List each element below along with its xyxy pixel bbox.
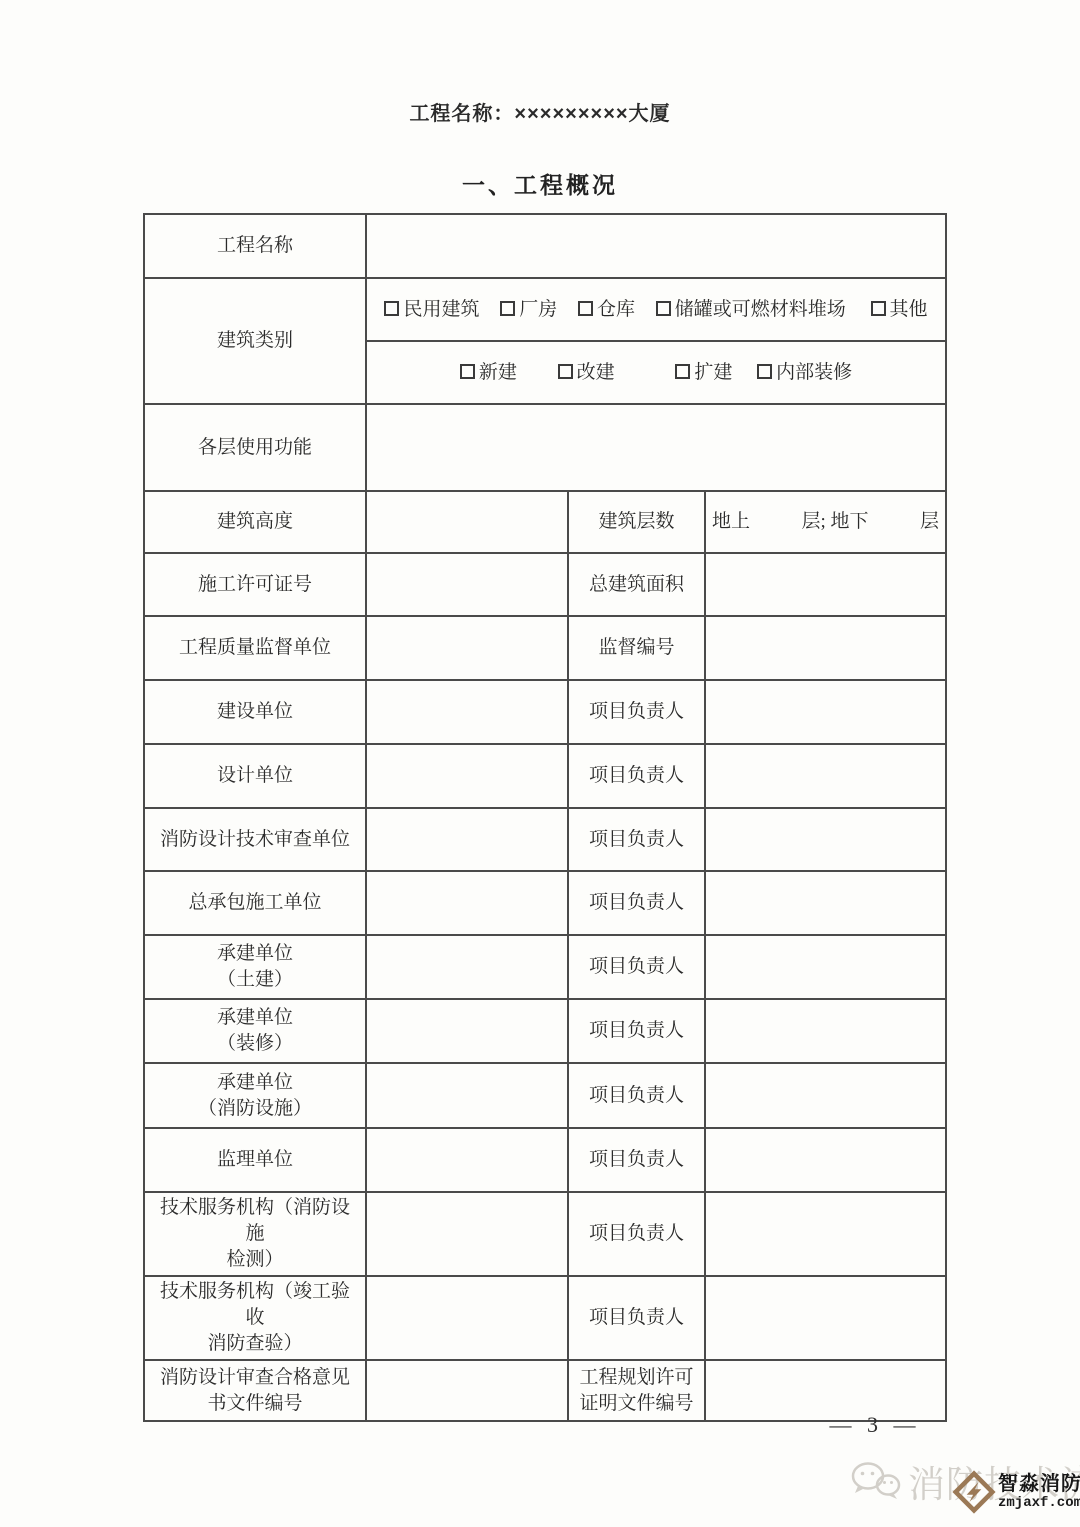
row-quality-supervision: 工程质量监督单位 监督编号 bbox=[144, 616, 946, 680]
checkbox-icon bbox=[675, 364, 690, 379]
value-fire-design-review bbox=[366, 808, 568, 871]
checkbox-option-new-build: 新建 bbox=[460, 360, 517, 386]
label-project-leader: 项目负责人 bbox=[568, 1276, 705, 1360]
checkbox-label: 改建 bbox=[577, 362, 615, 383]
label-line: 技术服务机构（消防设施 bbox=[151, 1195, 359, 1247]
checkbox-option-factory: 厂房 bbox=[500, 297, 557, 323]
checkbox-icon bbox=[460, 364, 475, 379]
label-construction-unit: 建设单位 bbox=[144, 680, 366, 744]
checkbox-label: 新建 bbox=[479, 362, 517, 383]
checkbox-option-other: 其他 bbox=[871, 297, 928, 323]
floors-above-ground-label: 地上 bbox=[712, 509, 750, 535]
value-total-floor-area bbox=[705, 553, 946, 616]
building-type-options: 民用建筑 厂房 仓库 储罐或可燃材料堆场 其他 bbox=[366, 278, 946, 341]
checkbox-option-reconstruction: 改建 bbox=[558, 360, 615, 386]
row-fire-design-review: 消防设计技术审查单位 项目负责人 bbox=[144, 808, 946, 871]
checkbox-icon bbox=[871, 301, 886, 316]
label-tech-service-acceptance: 技术服务机构（竣工验收 消防查验） bbox=[144, 1276, 366, 1360]
label-project-name: 工程名称 bbox=[144, 214, 366, 278]
label-building-floors: 建筑层数 bbox=[568, 491, 705, 553]
site-logo: 智淼消防 zmjaxf.com bbox=[952, 1468, 1080, 1516]
value-supervision-unit bbox=[366, 1128, 568, 1192]
value-contractor-fire-facilities bbox=[366, 1063, 568, 1128]
label-design-unit: 设计单位 bbox=[144, 744, 366, 808]
label-line: 消防设计审查合格意见 bbox=[151, 1365, 359, 1391]
value-floor-functions bbox=[366, 404, 946, 491]
row-general-contractor: 总承包施工单位 项目负责人 bbox=[144, 871, 946, 935]
checkbox-icon bbox=[500, 301, 515, 316]
checkbox-option-civil-building: 民用建筑 bbox=[384, 297, 479, 323]
label-total-floor-area: 总建筑面积 bbox=[568, 553, 705, 616]
row-building-category-type: 建筑类别 民用建筑 厂房 仓库 储罐或可燃材料堆场 其他 bbox=[144, 278, 946, 341]
label-project-leader: 项目负责人 bbox=[568, 871, 705, 935]
value-design-unit bbox=[366, 744, 568, 808]
label-line: 检测） bbox=[151, 1247, 359, 1273]
label-line: （消防设施） bbox=[151, 1096, 359, 1122]
value-contractor-civil bbox=[366, 935, 568, 999]
label-project-leader: 项目负责人 bbox=[568, 680, 705, 744]
row-design-unit: 设计单位 项目负责人 bbox=[144, 744, 946, 808]
label-construction-permit: 施工许可证号 bbox=[144, 553, 366, 616]
checkbox-icon bbox=[578, 301, 593, 316]
label-line: 承建单位 bbox=[151, 1070, 359, 1096]
label-line: （装修） bbox=[151, 1031, 359, 1057]
checkbox-icon bbox=[757, 364, 772, 379]
label-project-leader: 项目负责人 bbox=[568, 999, 705, 1063]
label-quality-supervision: 工程质量监督单位 bbox=[144, 616, 366, 680]
value-project-leader bbox=[705, 1192, 946, 1276]
checkbox-option-warehouse: 仓库 bbox=[578, 297, 635, 323]
label-line: 书文件编号 bbox=[151, 1391, 359, 1417]
value-fire-design-approval-doc bbox=[366, 1360, 568, 1421]
label-planning-permit-doc: 工程规划许可 证明文件编号 bbox=[568, 1360, 705, 1421]
value-project-leader bbox=[705, 744, 946, 808]
label-fire-design-approval-doc: 消防设计审查合格意见 书文件编号 bbox=[144, 1360, 366, 1421]
value-quality-supervision bbox=[366, 616, 568, 680]
checkbox-label: 储罐或可燃材料堆场 bbox=[675, 299, 846, 320]
label-line: （土建） bbox=[151, 967, 359, 993]
value-building-floors: 地上 层; 地下 层 bbox=[705, 491, 946, 553]
label-project-leader: 项目负责人 bbox=[568, 744, 705, 808]
project-name-header: 工程名称：×××××××××大厦 bbox=[0, 97, 1080, 126]
label-line: 承建单位 bbox=[151, 941, 359, 967]
value-project-leader bbox=[705, 1276, 946, 1360]
value-project-leader bbox=[705, 935, 946, 999]
label-building-height: 建筑高度 bbox=[144, 491, 366, 553]
value-contractor-decoration bbox=[366, 999, 568, 1063]
floors-unit-and-below-label: 层; 地下 bbox=[802, 509, 869, 535]
value-project-leader bbox=[705, 1063, 946, 1128]
label-project-leader: 项目负责人 bbox=[568, 808, 705, 871]
label-line: 消防查验） bbox=[151, 1331, 359, 1357]
value-construction-unit bbox=[366, 680, 568, 744]
row-contractor-fire-facilities: 承建单位 （消防设施） 项目负责人 bbox=[144, 1063, 946, 1128]
row-construction-unit: 建设单位 项目负责人 bbox=[144, 680, 946, 744]
building-nature-options: 新建 改建 扩建 内部装修 bbox=[366, 341, 946, 404]
site-logo-texts: 智淼消防 zmjaxf.com bbox=[998, 1474, 1080, 1510]
label-contractor-decoration: 承建单位 （装修） bbox=[144, 999, 366, 1063]
label-contractor-fire-facilities: 承建单位 （消防设施） bbox=[144, 1063, 366, 1128]
row-tech-service-detection: 技术服务机构（消防设施 检测） 项目负责人 bbox=[144, 1192, 946, 1276]
value-project-leader bbox=[705, 808, 946, 871]
label-line: 技术服务机构（竣工验收 bbox=[151, 1279, 359, 1331]
checkbox-option-storage-tank: 储罐或可燃材料堆场 bbox=[656, 297, 846, 323]
label-line: 工程规划许可 bbox=[575, 1365, 698, 1391]
floors-unit-label: 层 bbox=[920, 509, 939, 535]
document-page: 工程名称：×××××××××大厦 一、工程概况 工程名称 建筑类别 民用建筑 厂… bbox=[0, 0, 1080, 1527]
row-floor-functions: 各层使用功能 bbox=[144, 404, 946, 491]
checkbox-label: 民用建筑 bbox=[403, 299, 479, 320]
label-project-leader: 项目负责人 bbox=[568, 935, 705, 999]
value-construction-permit bbox=[366, 553, 568, 616]
value-project-leader bbox=[705, 1128, 946, 1192]
checkbox-icon bbox=[656, 301, 671, 316]
label-project-leader: 项目负责人 bbox=[568, 1128, 705, 1192]
label-project-leader: 项目负责人 bbox=[568, 1063, 705, 1128]
label-tech-service-detection: 技术服务机构（消防设施 检测） bbox=[144, 1192, 366, 1276]
checkbox-label: 内部装修 bbox=[776, 362, 852, 383]
row-tech-service-acceptance: 技术服务机构（竣工验收 消防查验） 项目负责人 bbox=[144, 1276, 946, 1360]
diamond-logo-icon bbox=[952, 1468, 996, 1516]
value-supervision-number bbox=[705, 616, 946, 680]
value-project-leader bbox=[705, 680, 946, 744]
label-building-category: 建筑类别 bbox=[144, 278, 366, 404]
row-supervision-unit: 监理单位 项目负责人 bbox=[144, 1128, 946, 1192]
label-line: 承建单位 bbox=[151, 1005, 359, 1031]
label-general-contractor: 总承包施工单位 bbox=[144, 871, 366, 935]
page-number: — 3 — bbox=[805, 1412, 940, 1438]
site-logo-url: zmjaxf.com bbox=[998, 1496, 1080, 1510]
row-project-name: 工程名称 bbox=[144, 214, 946, 278]
site-logo-title: 智淼消防 bbox=[998, 1474, 1080, 1494]
wechat-icon bbox=[850, 1459, 902, 1503]
checkbox-label: 扩建 bbox=[694, 362, 732, 383]
label-project-leader: 项目负责人 bbox=[568, 1192, 705, 1276]
checkbox-icon bbox=[558, 364, 573, 379]
value-project-name bbox=[366, 214, 946, 278]
label-line: 证明文件编号 bbox=[575, 1391, 698, 1417]
value-project-leader bbox=[705, 871, 946, 935]
checkbox-label: 其他 bbox=[890, 299, 928, 320]
label-supervision-unit: 监理单位 bbox=[144, 1128, 366, 1192]
checkbox-icon bbox=[384, 301, 399, 316]
value-tech-service-detection bbox=[366, 1192, 568, 1276]
row-building-height: 建筑高度 建筑层数 地上 层; 地下 层 bbox=[144, 491, 946, 553]
row-contractor-decoration: 承建单位 （装修） 项目负责人 bbox=[144, 999, 946, 1063]
label-floor-functions: 各层使用功能 bbox=[144, 404, 366, 491]
project-overview-table: 工程名称 建筑类别 民用建筑 厂房 仓库 储罐或可燃材料堆场 其他 新建 改建 … bbox=[143, 213, 947, 1422]
checkbox-label: 仓库 bbox=[597, 299, 635, 320]
value-tech-service-acceptance bbox=[366, 1276, 568, 1360]
checkbox-option-extension: 扩建 bbox=[675, 360, 732, 386]
label-contractor-civil: 承建单位 （土建） bbox=[144, 935, 366, 999]
checkbox-label: 厂房 bbox=[519, 299, 557, 320]
checkbox-option-interior-decoration: 内部装修 bbox=[757, 360, 852, 386]
section-title: 一、工程概况 bbox=[0, 167, 1080, 200]
label-supervision-number: 监督编号 bbox=[568, 616, 705, 680]
value-building-height bbox=[366, 491, 568, 553]
row-contractor-civil: 承建单位 （土建） 项目负责人 bbox=[144, 935, 946, 999]
label-fire-design-review: 消防设计技术审查单位 bbox=[144, 808, 366, 871]
value-project-leader bbox=[705, 999, 946, 1063]
value-general-contractor bbox=[366, 871, 568, 935]
row-construction-permit: 施工许可证号 总建筑面积 bbox=[144, 553, 946, 616]
